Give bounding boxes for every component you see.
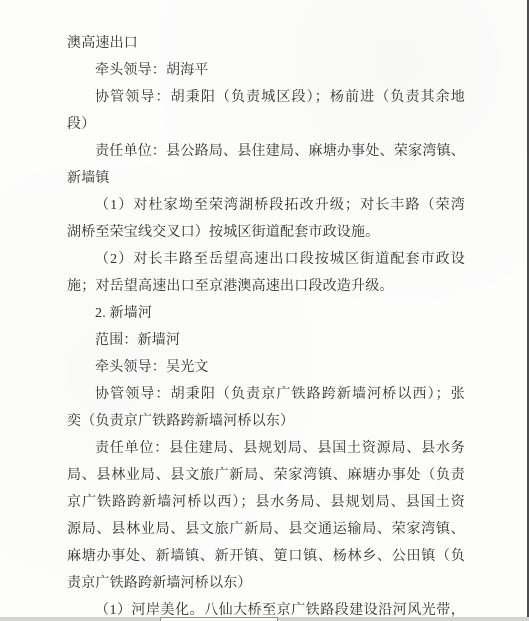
text-line-assist-leader: 协管领导：胡秉阳（负责城区段）；杨前进（负责其余地 (67, 84, 465, 111)
text-line-continuation: 局、县林业局、县文旅广新局、荣家湾镇、麻塘办事处（负责 (67, 462, 465, 489)
section-2-heading: 2. 新墙河 (67, 300, 465, 327)
text-line-continuation: 麻塘办事处、新墙镇、新开镇、筻口镇、杨林乡、公田镇（负 (67, 543, 465, 570)
text-line-assist-leader: 协管领导：胡秉阳（负责京广铁路跨新墙河桥以西）；张 (67, 381, 465, 408)
text-line-lead-leader: 牵头领导：吴光文 (67, 354, 465, 381)
text-line-resp-units: 责任单位：县住建局、县规划局、县国土资源局、县水务 (67, 435, 465, 462)
text-line-continuation: 段） (67, 111, 465, 138)
scan-bottom-box (160, 617, 278, 621)
scan-bottom-band (0, 617, 529, 621)
text-line-continuation: 新墙镇 (67, 165, 465, 192)
document-page: 澳高速出口 牵头领导：胡海平 协管领导：胡秉阳（负责城区段）；杨前进（负责其余地… (0, 0, 529, 621)
text-line-continuation: 施；对岳望高速出口至京港澳高速出口段改造升级。 (67, 273, 465, 300)
text-line-continuation: 责京广铁路跨新墙河桥以东） (67, 570, 465, 597)
text-line-continuation: 源局、县林业局、县文旅广新局、县交通运输局、荣家湾镇、 (67, 516, 465, 543)
document-text-block: 澳高速出口 牵头领导：胡海平 协管领导：胡秉阳（负责城区段）；杨前进（负责其余地… (67, 30, 465, 621)
text-line-continuation: 奕（负责京广铁路跨新墙河桥以东） (67, 408, 465, 435)
text-line-continuation: 湖桥至荣宝线交叉口）按城区街道配套市政设施。 (67, 219, 465, 246)
text-line-item-1: （1）对杜家坳至荣湾湖桥段拓改升级；对长丰路（荣湾 (67, 192, 465, 219)
text-line-continuation: 澳高速出口 (67, 30, 465, 57)
text-line-continuation: 京广铁路跨新墙河桥以西）；县水务局、县规划局、县国土资 (67, 489, 465, 516)
text-line-resp-units: 责任单位：县公路局、县住建局、麻塘办事处、荣家湾镇、 (67, 138, 465, 165)
text-line-item-2: （2）对长丰路至岳望高速出口段按城区街道配套市政设 (67, 246, 465, 273)
text-line-scope: 范围：新墙河 (67, 327, 465, 354)
screenshot-root: { "page": { "kind": "scanned-government-… (0, 0, 529, 621)
text-line-lead-leader: 牵头领导：胡海平 (67, 57, 465, 84)
